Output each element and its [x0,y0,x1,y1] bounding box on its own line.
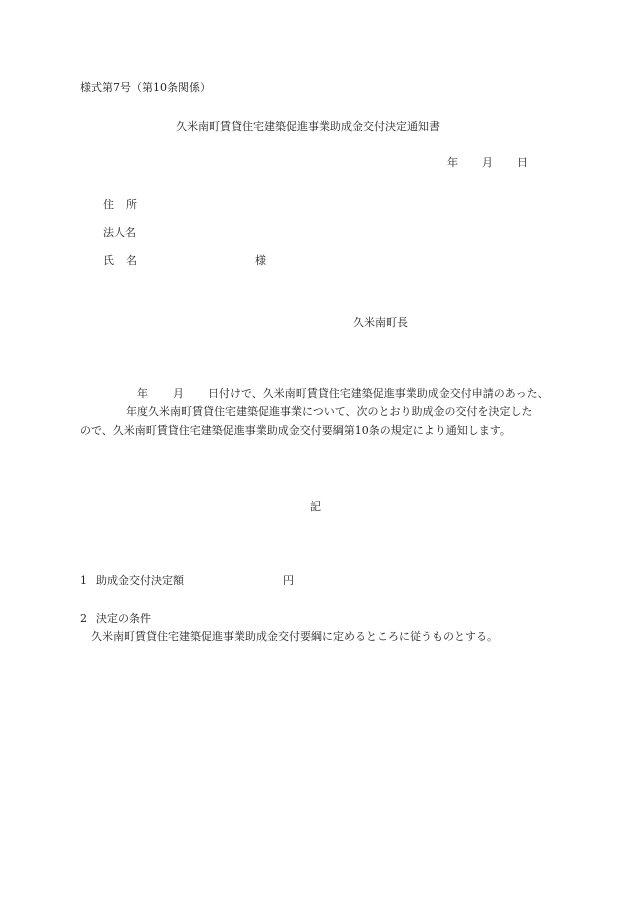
item-1-unit: 円 [283,575,294,586]
name-label-part2: 名 [126,255,137,266]
honorific: 様 [255,255,266,266]
item-2-label: 決定の条件 [96,613,151,624]
document-title: 久米南町賃貸住宅建築促進事業助成金交付決定通知書 [176,121,440,132]
body-line1: 日付けで、久米南町賃貸住宅建築促進事業助成金交付申請のあった、 [208,388,549,399]
issuer: 久米南町長 [353,317,408,328]
ki-heading: 記 [310,501,321,512]
corporation-label: 法人名 [103,227,136,238]
form-number: 様式第7号（第10条関係） [80,82,211,93]
date-year-label: 年 [447,157,458,168]
name-label-part1: 氏 [103,255,114,266]
item-2-number: 2 [80,613,87,624]
address-label-part2: 所 [126,199,137,210]
body-line2: 年度久米南町賃貸住宅建築促進事業について、次のとおり助成金の交付を決定した [126,406,533,417]
item-1-number: 1 [80,575,87,586]
date-month-label: 月 [482,157,493,168]
address-label-part1: 住 [103,199,114,210]
item-2-detail: 久米南町賃貸住宅建築促進事業助成金交付要綱に定めるところに従うものとする。 [91,631,498,642]
body-line3: ので、久米南町賃貸住宅建築促進事業助成金交付要綱第10条の規定により通知します。 [80,425,511,436]
date-day-label: 日 [517,157,528,168]
body-year-label: 年 [137,388,148,399]
item-1-label: 助成金交付決定額 [96,575,184,586]
body-month-label: 月 [173,388,184,399]
